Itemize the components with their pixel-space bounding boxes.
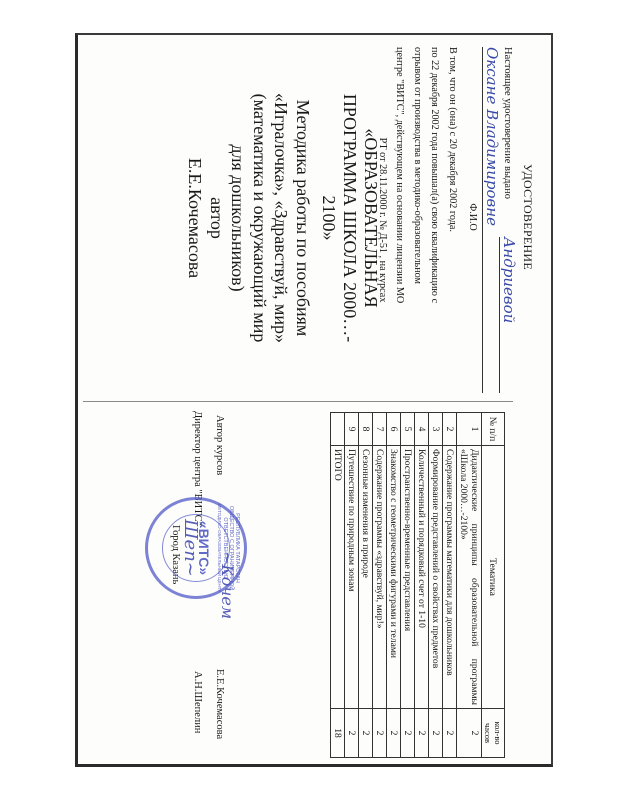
author-label: автор [206, 43, 228, 393]
table-row: 6 Знакомство с геометрическими фигурами … [387, 413, 401, 758]
table-row: 8 Сезонные изменения в природе 2 [359, 413, 373, 758]
author-courses-name: Е.Е.Кочемасова [214, 669, 225, 739]
body-line-4: центре "ВИТС", действующем на основании … [395, 47, 406, 303]
row-num: 3 [429, 413, 443, 446]
table-row: 3 Формирование представлений о свойствах… [429, 413, 443, 758]
row-topic: Содержание программы математики для дошк… [443, 446, 457, 709]
row-topic: Формирование представлений о свойствах п… [429, 446, 443, 709]
row-topic: Содержание программы «здравствуй, мир!» [373, 446, 387, 709]
certificate-front: УДОСТОВЕРЕНИЕ Настоящее удостоверение вы… [75, 33, 553, 401]
table-row: 7 Содержание программы «здравствуй, мир!… [373, 413, 387, 758]
row-hours: 2 [345, 709, 359, 758]
row-hours: 2 [443, 709, 457, 758]
method-line-1: Методика работы по пособиям [292, 43, 314, 393]
stamp-ring-text: РЕСПУБЛИКА ТАТАРСТАН ОБЩЕСТВО С ОГРАНИЧЕ… [222, 500, 240, 596]
director-name: А.Н.Шепелин [192, 671, 203, 733]
row-topic: Знакомство с геометрическими фигурами и … [387, 446, 401, 709]
total-label: ИТОГО [331, 446, 345, 709]
fio-label: Ф.И.О [467, 33, 478, 401]
row-num: 7 [373, 413, 387, 446]
director-signature: Шеп~ [180, 519, 201, 577]
body-line-2: по 22 декабря 2002 года повышал(а) свою … [430, 47, 441, 303]
table-total-row: ИТОГО 18 [331, 413, 345, 758]
row-topic: Путешествие по природным зонам [345, 446, 359, 709]
row-topic: Количественный и порядковый счет от 1-10 [415, 446, 429, 709]
row-topic: Пространственно-временные представления [401, 446, 415, 709]
table-row: 1 Дидактические принципы образовательной… [457, 413, 482, 758]
total-hours: 18 [331, 709, 345, 758]
total-num-empty [331, 413, 345, 446]
table-row: 4 Количественный и порядковый счет от 1-… [415, 413, 429, 758]
topics-table: № п/п Тематика кол-во часов 1 Дидактичес… [330, 412, 505, 758]
row-num: 6 [387, 413, 401, 446]
stamp-sub-text: МЕТОДИКО-ОБРАЗОВАТЕЛЬНЫЙ ЦЕНТР [217, 500, 222, 596]
recipient-surname-handwritten: Андриевой [499, 237, 518, 393]
body-line-3: отрывом от производства в методико-образ… [412, 47, 423, 284]
row-hours: 2 [457, 709, 482, 758]
header-num: № п/п [482, 413, 505, 446]
body-line-1: В том, что он (она) с 20 декабря 2002 го… [447, 47, 458, 232]
row-hours: 2 [415, 709, 429, 758]
issued-label: Настоящее удостоверение выдано [502, 47, 513, 199]
row-topic: Сезонные изменения в природе [359, 446, 373, 709]
program-line-2: ПРОГРАММА ШКОЛА 2000…- [339, 43, 360, 393]
program-title: «ОБРАЗОВАТЕЛЬНАЯ ПРОГРАММА ШКОЛА 2000…- … [318, 43, 381, 393]
row-hours: 2 [387, 709, 401, 758]
table-row: 5 Пространственно-временные представлени… [401, 413, 415, 758]
row-topic: Дидактические принципы образовательной п… [457, 446, 482, 709]
header-topic: Тематика [482, 446, 505, 709]
certificate-page: УДОСТОВЕРЕНИЕ Настоящее удостоверение вы… [75, 33, 553, 767]
row-num: 1 [457, 413, 482, 446]
certificate-body: В том, что он (она) с 20 декабря 2002 го… [374, 47, 462, 393]
row-hours: 2 [359, 709, 373, 758]
row-num: 8 [359, 413, 373, 446]
table-header-row: № п/п Тематика кол-во часов [482, 413, 505, 758]
table-row: 9 Путешествие по природным зонам 2 [345, 413, 359, 758]
certificate-title: УДОСТОВЕРЕНИЕ [520, 33, 535, 401]
row-num: 9 [345, 413, 359, 446]
program-line-1: «ОБРАЗОВАТЕЛЬНАЯ [360, 43, 381, 393]
header-hours: кол-во часов [482, 709, 505, 758]
row-num: 2 [443, 413, 457, 446]
method-line-4: для дошкольников) [227, 43, 249, 393]
method-title: Методика работы по пособиям «Игралочка»,… [184, 43, 313, 393]
author-courses-label: Автор курсов [214, 415, 225, 475]
row-num: 4 [415, 413, 429, 446]
method-line-2: «Игралочка», «Здравствуй, мир» [270, 43, 292, 393]
row-hours: 2 [401, 709, 415, 758]
method-line-3: (математика и окружающий мир [249, 43, 271, 393]
row-hours: 2 [373, 709, 387, 758]
table-row: 2 Содержание программы математики для до… [443, 413, 457, 758]
recipient-name-handwritten: Оксане Владимировне [482, 47, 501, 393]
program-line-3: 2100» [318, 43, 339, 393]
row-num: 5 [401, 413, 415, 446]
row-hours: 2 [429, 709, 443, 758]
author-name: Е.Е.Кочемасова [184, 43, 206, 393]
certificate-back: № п/п Тематика кол-во часов 1 Дидактичес… [75, 401, 553, 767]
